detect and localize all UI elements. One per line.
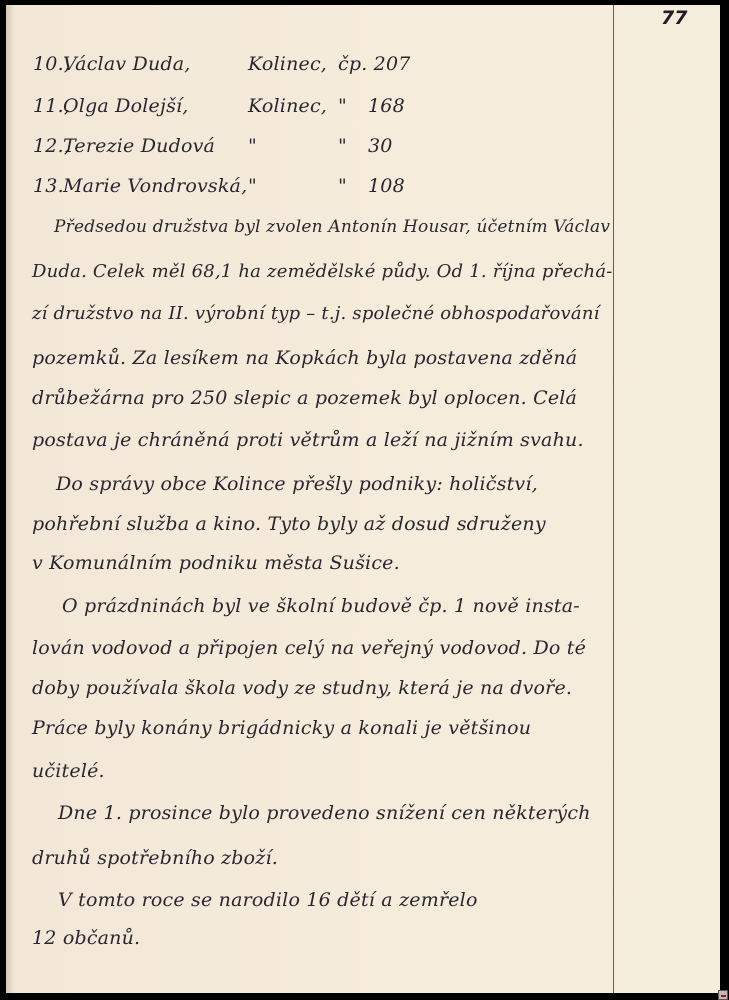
- text-line: lován vodovod a připojen celý na veřejný…: [32, 637, 586, 659]
- margin-rule: [613, 5, 614, 993]
- list-item: 13.Marie Vondrovská,""108: [33, 175, 405, 197]
- list-item-ditto: ": [338, 175, 368, 197]
- list-item-name: Terezie Dudová: [63, 135, 248, 157]
- manuscript-page: 77 10.,Václav Duda,Kolinec,čp. 207 11.,O…: [6, 5, 720, 993]
- list-item-number: 10.,: [33, 53, 63, 75]
- text-line: pohřební služba a kino. Tyto byly až dos…: [32, 513, 546, 535]
- list-item-number: 13.: [33, 175, 63, 197]
- list-item-house: 108: [368, 175, 405, 197]
- text-line: doby používala škola vody ze studny, kte…: [32, 677, 572, 699]
- text-line: postava je chráněná proti větrům a leží …: [32, 429, 584, 451]
- list-item-ditto: ": [338, 135, 368, 157]
- text-line: učitelé.: [32, 760, 105, 782]
- text-line: V tomto roce se narodilo 16 dětí a zemře…: [58, 889, 478, 911]
- minimize-icon[interactable]: [718, 990, 728, 1000]
- list-item-name: Václav Duda,: [63, 53, 248, 75]
- text-line: druhů spotřebního zboží.: [32, 847, 278, 869]
- text-line: Dne 1. prosince bylo provedeno snížení c…: [58, 802, 591, 824]
- text-line: Do správy obce Kolince přešly podniky: h…: [56, 473, 538, 495]
- text-line: Duda. Celek měl 68,1 ha zemědělské půdy.…: [32, 261, 613, 282]
- page-number: 77: [661, 7, 687, 29]
- list-item-name: Olga Dolejší,: [63, 95, 248, 117]
- list-item: 12.,Terezie Dudová""30: [33, 135, 393, 157]
- list-item-house: čp. 207: [338, 53, 411, 75]
- page-binding-shadow: [6, 5, 14, 993]
- text-line: 12 občanů.: [32, 927, 140, 949]
- list-item-house: 30: [368, 135, 393, 157]
- list-item-ditto: ": [338, 95, 368, 117]
- list-item-number: 11.,: [33, 95, 63, 117]
- text-line: O prázdninách byl ve školní budově čp. 1…: [62, 595, 580, 617]
- list-item: 10.,Václav Duda,Kolinec,čp. 207: [33, 53, 411, 75]
- text-line: Předsedou družstva byl zvolen Antonín Ho…: [54, 217, 610, 237]
- text-line: drůbežárna pro 250 slepic a pozemek byl …: [32, 387, 577, 409]
- list-item-name: Marie Vondrovská,: [63, 175, 248, 197]
- list-item-number: 12.,: [33, 135, 63, 157]
- text-line: Práce byly konány brigádnicky a konali j…: [32, 717, 531, 739]
- list-item-place: ": [248, 135, 338, 157]
- text-line: pozemků. Za lesíkem na Kopkách byla post…: [32, 347, 577, 369]
- list-item-place: Kolinec,: [248, 95, 338, 117]
- list-item-place: ": [248, 175, 338, 197]
- list-item-place: Kolinec,: [248, 53, 338, 75]
- list-item: 11.,Olga Dolejší,Kolinec,"168: [33, 95, 405, 117]
- text-line: v Komunálním podniku města Sušice.: [32, 552, 400, 574]
- text-line: zí družstvo na II. výrobní typ – t.j. sp…: [32, 303, 600, 324]
- list-item-house: 168: [368, 95, 405, 117]
